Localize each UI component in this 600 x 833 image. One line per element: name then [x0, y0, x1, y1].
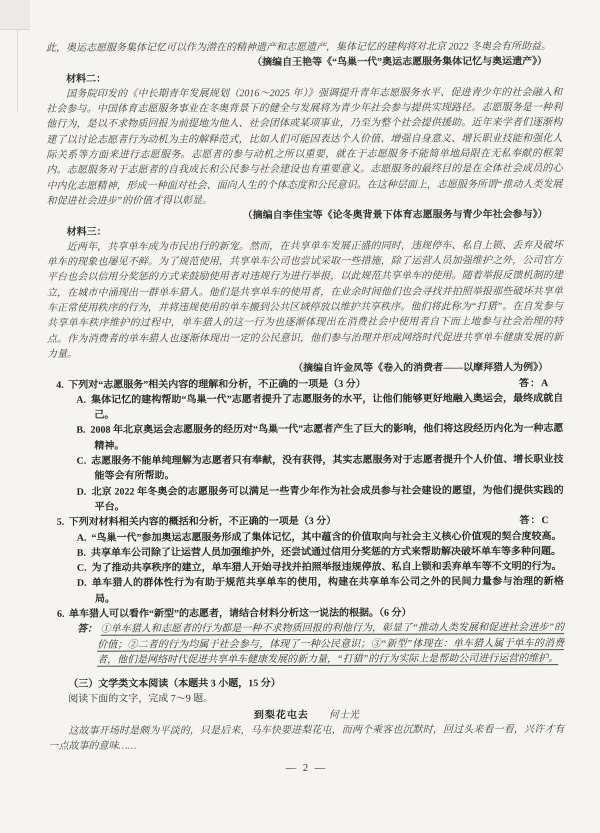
page-content: 此，奥运志愿服务集体记忆可以作为潜在的精神遗产和志愿遗产，集体记忆的建构将对北京…: [46, 39, 565, 777]
question-6-answer: 答：①单车猎人和志愿者的行为都是一种不求物质回报的利他行为，彰显了“推动人类发展…: [77, 620, 564, 668]
material2-label: 材料二：: [46, 70, 562, 87]
option-label: C.: [76, 456, 86, 467]
option-text: 单车猎人的群体性行为有助于规范共享单车的使用，构建在共享单车公司之外的民间力量参…: [92, 576, 564, 604]
option-label: B.: [76, 425, 85, 436]
question-4-option-c: C.志愿服务不能单纯理解为志愿者只有奉献，没有获得，其实志愿服务对于志愿者提升个…: [76, 452, 563, 484]
question-5-number: 5.: [57, 517, 65, 528]
question-4-option-a: A.集体记忆的建构帮助“鸟巢一代”志愿者提升了志愿服务的水平，让他们能够更好地融…: [76, 391, 563, 423]
literary-title-line: 到梨花屯去何士光: [48, 707, 564, 724]
question-5-option-b: B.共享单车公司除了让运营人员加强维护外，还尝试通过信用分奖惩的方式来帮助解决破…: [77, 544, 564, 561]
material3-body: 近两年，共享单车成为市民出行的新宠。然而，在共享单车发展正盛的同时，违规停车、私…: [47, 238, 563, 362]
option-label: C.: [77, 563, 87, 574]
question-4-number: 4.: [56, 379, 64, 390]
question-5-answer-mark: 答：C: [519, 513, 549, 528]
scan-edge-line-vertical: [17, 29, 18, 113]
answer-text: ①单车猎人和志愿者的行为都是一种不求物质回报的利他行为，彰显了“推动人类发展和促…: [97, 622, 564, 665]
section3-instruction: 阅读下面的文字，完成 7～9 题。: [48, 691, 564, 708]
question-6-stem-line: 6.单车猎人可以看作“新型”的志愿者，请结合材料分析这一说法的根据。（6 分）: [48, 605, 564, 622]
option-text: 志愿服务不能单纯理解为志愿者只有奉献，没有获得，其实志愿服务对于志愿者提升个人价…: [91, 454, 563, 482]
question-5-option-a: A.“鸟巢一代”参加奥运志愿服务形成了集体记忆，其中蕴含的价值取向与社会主义核心…: [77, 529, 564, 546]
question-6-stem: 单车猎人可以看作“新型”的志愿者，请结合材料分析这一说法的根据。（6 分）: [69, 608, 412, 620]
scanned-exam-page: 此，奥运志愿服务集体记忆可以作为潜在的精神遗产和志愿遗产，集体记忆的建构将对北京…: [0, 0, 600, 833]
option-text: 集体记忆的建构帮助“鸟巢一代”志愿者提升了志愿服务的水平，让他们能够更好地融入奥…: [91, 393, 563, 421]
answer-label: 答：: [77, 624, 97, 635]
question-5-stem: 下列对材料相关内容的概括和分析，不正确的一项是（3 分）: [69, 516, 337, 528]
material2-body: 国务院印发的《中长期青年发展规划（2016～2025 年）》强调提升青年志愿服务…: [46, 85, 562, 209]
option-text: 北京 2022 年冬奥会的志愿服务可以满足一些青少年作为社会成员参与社会建设的愿…: [91, 485, 563, 513]
option-label: A.: [77, 532, 87, 543]
option-label: B.: [77, 548, 86, 559]
question-4-option-d: D.北京 2022 年冬奥会的志愿服务可以满足一些青少年作为社会成员参与社会建设…: [77, 483, 564, 515]
question-4-stem-line: 答：A4.下列对“志愿服务”相关内容的理解和分析，不正确的一项是（3 分）: [47, 376, 563, 393]
section3-heading: （三）文学类文本阅读（本题共 3 小题，15 分）: [48, 675, 564, 692]
option-label: D.: [77, 578, 87, 589]
material3-citation: （摘编自许金凤等《卷入的消费者——以摩拜猎人为例》）: [47, 360, 563, 377]
option-label: D.: [77, 486, 87, 497]
scan-corner-shade: [0, 0, 30, 30]
question-5-option-d: D.单车猎人的群体性行为有助于规范共享单车的使用，构建在共享单车公司之外的民间力…: [77, 574, 564, 606]
material1-citation: （摘编自王艳等《“鸟巢一代”奥运志愿服务集体记忆与奥运遗产》）: [46, 54, 562, 71]
option-text: “鸟巢一代”参加奥运志愿服务形成了集体记忆，其中蕴含的价值取向与社会主义核心价值…: [91, 531, 561, 544]
option-text: 2008 年北京奥运会志愿服务的经历对“鸟巢一代”志愿者产生了巨大的影响，他们将…: [91, 424, 564, 452]
literary-text-author: 何士光: [329, 710, 359, 721]
question-6-number: 6.: [57, 609, 65, 620]
option-text: 为了推动共享秩序的建立，单车猎人开始寻找并拍照举报违规停放、私自上锁和丢弃单车等…: [92, 561, 562, 574]
page-number: — 2 —: [49, 760, 565, 777]
material1-tail-paragraph: 此，奥运志愿服务集体记忆可以作为潜在的精神遗产和志愿遗产，集体记忆的建构将对北京…: [46, 39, 562, 56]
option-text: 共享单车公司除了让运营人员加强维护外，还尝试通过信用分奖惩的方式来帮助解决破坏单…: [91, 546, 561, 559]
question-5-option-c: C.为了推动共享秩序的建立，单车猎人开始寻找并拍照举报违规停放、私自上锁和丢弃单…: [77, 559, 564, 576]
option-label: A.: [76, 395, 86, 406]
material2-citation: （摘编自李佳宝等《论冬奥背景下体育志愿服务与青少年社会参与》）: [47, 207, 563, 224]
material3-label: 材料三：: [47, 223, 563, 240]
question-4-option-b: B.2008 年北京奥运会志愿服务的经历对“鸟巢一代”志愿者产生了巨大的影响，他…: [76, 422, 563, 454]
question-4-answer-mark: 答：A: [519, 376, 549, 391]
literary-opening-paragraph: 这故事开场时是颇为平淡的，只是后来，马车快要进梨花屯，而两个乘客也沉默时，回过头…: [48, 722, 564, 754]
question-4-stem: 下列对“志愿服务”相关内容的理解和分析，不正确的一项是（3 分）: [68, 378, 366, 390]
question-5-stem-line: 答：C5.下列对材料相关内容的概括和分析，不正确的一项是（3 分）: [48, 513, 564, 530]
scan-edge-line-horizontal: [0, 29, 30, 30]
literary-text-title: 到梨花屯去: [254, 710, 309, 721]
